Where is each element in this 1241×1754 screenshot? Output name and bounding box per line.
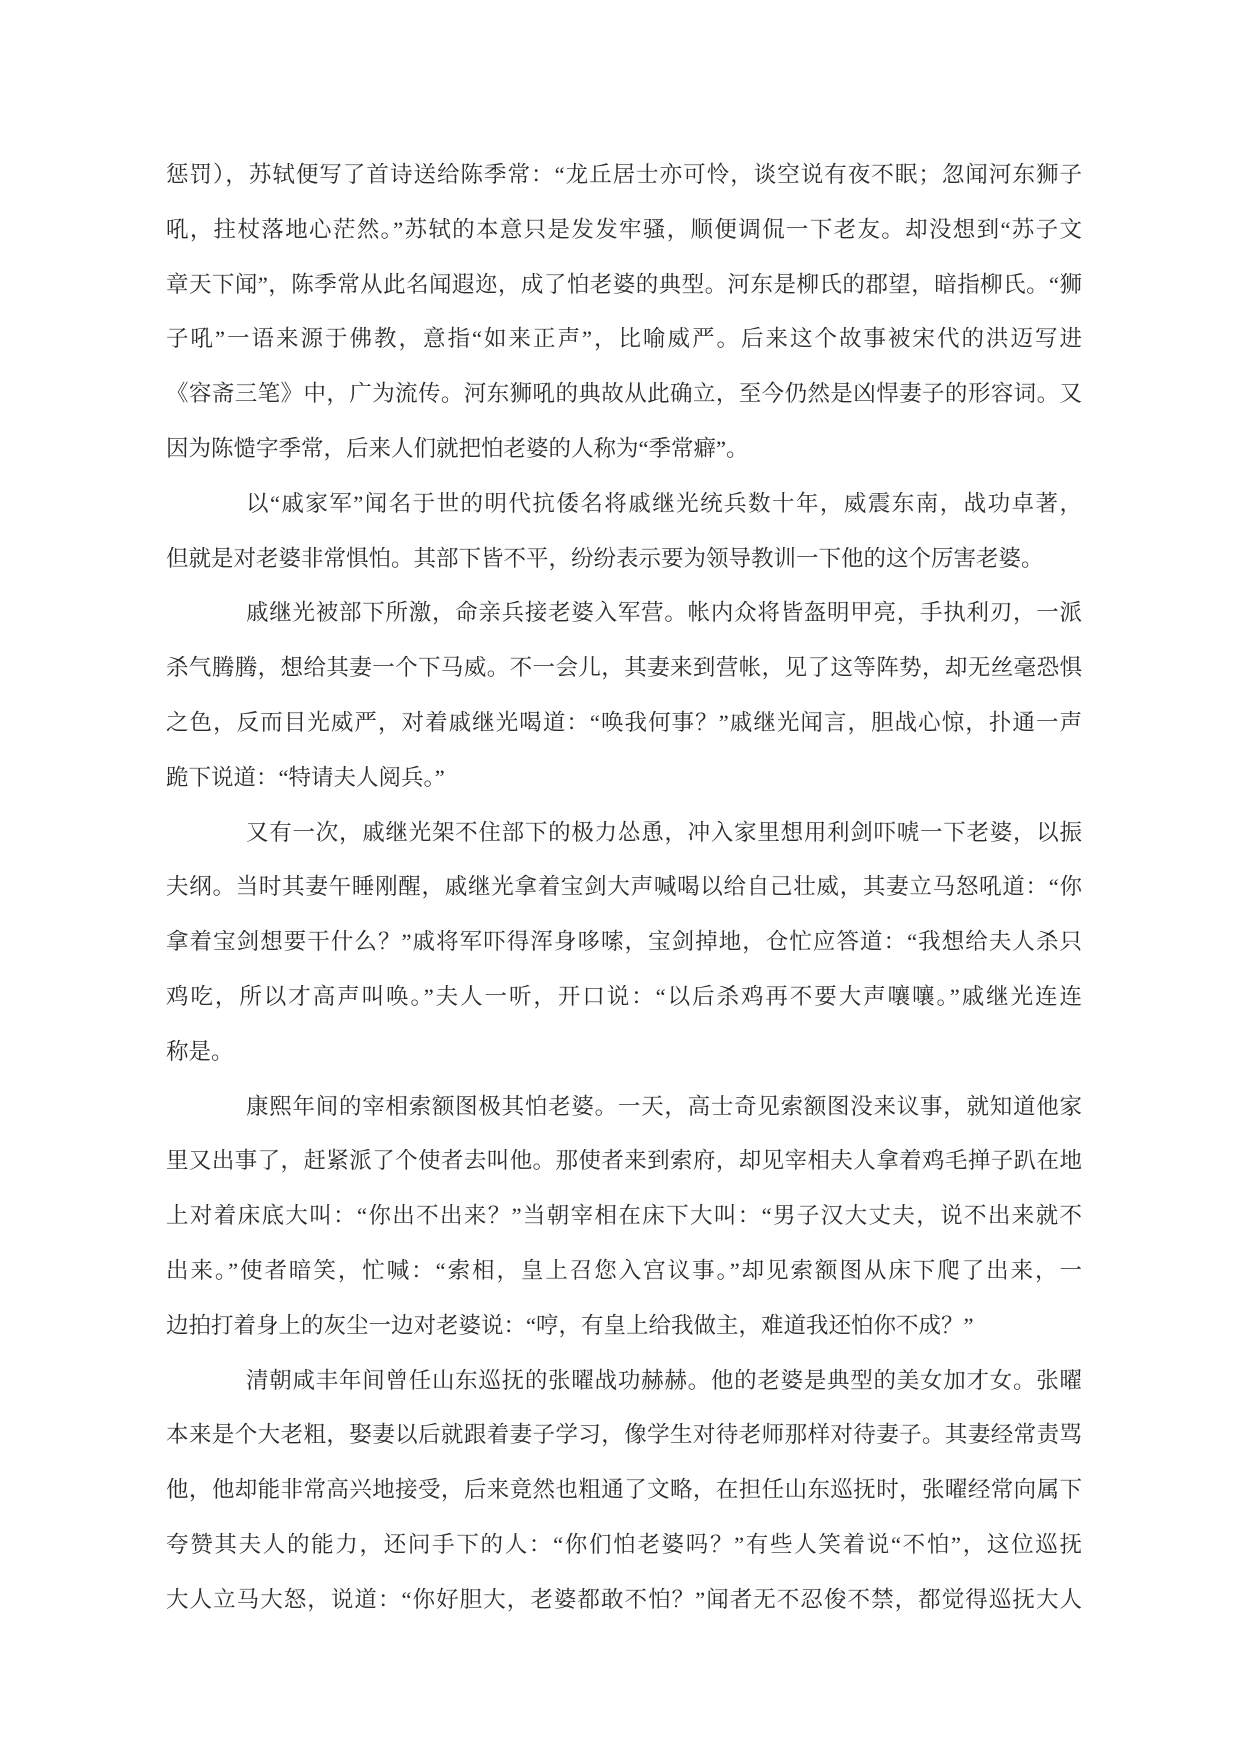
text-line: 以“戚家军”闻名于世的明代抗倭名将戚继光统兵数十年，威震东南，战功卓著， [166, 477, 1082, 532]
text-line: 跪下说道：“特请夫人阅兵。” [166, 751, 1082, 806]
text-line: 康熙年间的宰相索额图极其怕老婆。一天，高士奇见索额图没来议事，就知道他家 [166, 1080, 1082, 1135]
text-line: 边拍打着身上的灰尘一边对老婆说：“哼，有皇上给我做主，难道我还怕你不成？” [166, 1299, 1082, 1354]
text-line: 上对着床底大叫：“你出不出来？”当朝宰相在床下大叫：“男子汉大丈夫，说不出来就不 [166, 1189, 1082, 1244]
text-line: 《容斋三笔》中，广为流传。河东狮吼的典故从此确立，至今仍然是凶悍妻子的形容词。又 [166, 367, 1082, 422]
text-line: 称是。 [166, 1025, 1082, 1080]
text-line: 之色，反而目光威严，对着戚继光喝道：“唤我何事？”戚继光闻言，胆战心惊，扑通一声 [166, 696, 1082, 751]
text-line: 戚继光被部下所激，命亲兵接老婆入军营。帐内众将皆盔明甲亮，手执利刃，一派 [166, 586, 1082, 641]
text-line: 但就是对老婆非常惧怕。其部下皆不平，纷纷表示要为领导教训一下他的这个厉害老婆。 [166, 532, 1082, 587]
document-page: 惩罚），苏轼便写了首诗送给陈季常：“龙丘居士亦可怜，谈空说有夜不眠；忽闻河东狮子… [166, 148, 1082, 1628]
text-line: 又有一次，戚继光架不住部下的极力怂恿，冲入家里想用利剑吓唬一下老婆，以振 [166, 806, 1082, 861]
text-line: 杀气腾腾，想给其妻一个下马威。不一会儿，其妻来到营帐，见了这等阵势，却无丝毫恐惧 [166, 641, 1082, 696]
text-line: 拿着宝剑想要干什么？”戚将军吓得浑身哆嗦，宝剑掉地，仓忙应答道：“我想给夫人杀只 [166, 915, 1082, 970]
text-line: 本来是个大老粗，娶妻以后就跟着妻子学习，像学生对待老师那样对待妻子。其妻经常责骂 [166, 1408, 1082, 1463]
text-line: 子吼”一语来源于佛教，意指“如来正声”，比喻威严。后来这个故事被宋代的洪迈写进 [166, 312, 1082, 367]
text-line: 章天下闻”，陈季常从此名闻遐迩，成了怕老婆的典型。河东是柳氏的郡望，暗指柳氏。“… [166, 258, 1082, 313]
text-line: 鸡吃，所以才高声叫唤。”夫人一听，开口说：“以后杀鸡再不要大声嚷嚷。”戚继光连连 [166, 970, 1082, 1025]
text-line: 吼，拄杖落地心茫然。”苏轼的本意只是发发牢骚，顺便调侃一下老友。却没想到“苏子文 [166, 203, 1082, 258]
text-line: 惩罚），苏轼便写了首诗送给陈季常：“龙丘居士亦可怜，谈空说有夜不眠；忽闻河东狮子 [166, 148, 1082, 203]
text-line: 清朝咸丰年间曾任山东巡抚的张曜战功赫赫。他的老婆是典型的美女加才女。张曜 [166, 1354, 1082, 1409]
text-line: 夸赞其夫人的能力，还问手下的人：“你们怕老婆吗？”有些人笑着说“不怕”，这位巡抚 [166, 1518, 1082, 1573]
text-line: 因为陈慥字季常，后来人们就把怕老婆的人称为“季常癖”。 [166, 422, 1082, 477]
text-line: 里又出事了，赶紧派了个使者去叫他。那使者来到索府，却见宰相夫人拿着鸡毛掸子趴在地 [166, 1134, 1082, 1189]
text-line: 出来。”使者暗笑，忙喊：“索相，皇上召您入宫议事。”却见索额图从床下爬了出来，一 [166, 1244, 1082, 1299]
text-line: 夫纲。当时其妻午睡刚醒，戚继光拿着宝剑大声喊喝以给自己壮威，其妻立马怒吼道：“你 [166, 860, 1082, 915]
text-line: 大人立马大怒，说道：“你好胆大，老婆都敢不怕？”闻者无不忍俊不禁，都觉得巡抚大人 [166, 1573, 1082, 1628]
text-line: 他，他却能非常高兴地接受，后来竟然也粗通了文略，在担任山东巡抚时，张曜经常向属下 [166, 1463, 1082, 1518]
